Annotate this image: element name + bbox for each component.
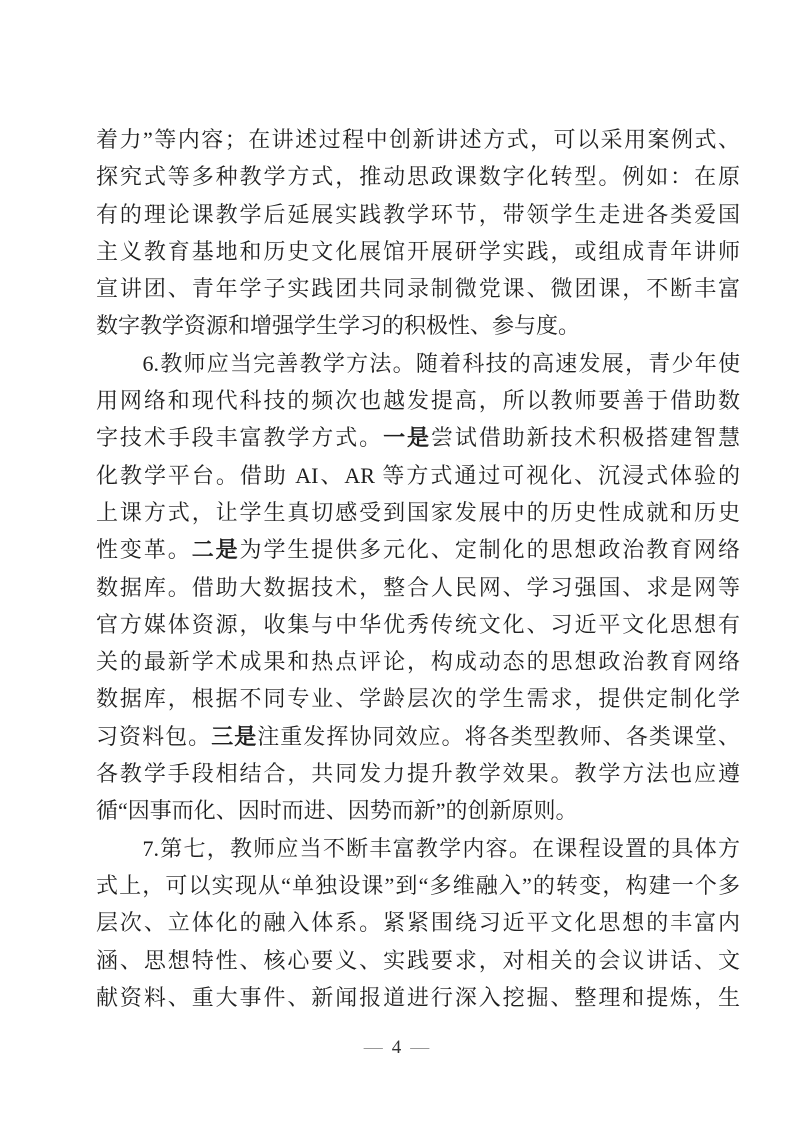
text-line: 6.教师应当完善教学方法。随着科技的高速发展，青少年使 — [96, 345, 740, 382]
text-line: 官方媒体资源，收集与中华优秀传统文化、习近平文化思想有 — [96, 606, 740, 643]
text-segment: 数字教学资源和增强学生学习的积极性、参与度。 — [96, 313, 580, 338]
text-segment: 性变革。 — [96, 537, 192, 562]
footer-dash-right: — — [410, 1037, 429, 1058]
bold-text-segment: 一是 — [383, 425, 431, 450]
text-line: 层次、立体化的融入体系。紧紧围绕习近平文化思想的丰富内 — [96, 904, 740, 941]
text-line: 献资料、重大事件、新闻报道进行深入挖掘、整理和提炼，生 — [96, 979, 740, 1016]
text-line: 关的最新学术成果和热点评论，构成动态的思想政治教育网络 — [96, 643, 740, 680]
text-segment: 6.教师应当完善教学方法。随着科技的高速发展，青少年使 — [96, 351, 740, 376]
text-line: 宣讲团、青年学子实践团共同录制微党课、微团课，不断丰富 — [96, 270, 740, 307]
text-line: 有的理论课教学后延展实践教学环节，带领学生走进各类爱国 — [96, 196, 740, 233]
text-line: 性变革。二是为学生提供多元化、定制化的思想政治教育网络 — [96, 531, 740, 568]
text-segment: 7.第七，教师应当不断丰富教学内容。在课程设置的具体方 — [96, 836, 740, 861]
text-line: 数据库。借助大数据技术，整合人民网、学习强国、求是网等 — [96, 569, 740, 606]
page-number: 4 — [392, 1037, 402, 1058]
text-segment: 有的理论课教学后延展实践教学环节，带领学生走进各类爱国 — [96, 202, 740, 227]
text-segment: 各教学手段相结合，共同发力提升教学效果。教学方法也应遵 — [96, 761, 740, 786]
text-line: 探究式等多种教学方式，推动思政课数字化转型。例如：在原 — [96, 158, 740, 195]
text-line: 字技术手段丰富教学方式。一是尝试借助新技术积极搭建智慧 — [96, 419, 740, 456]
text-segment: 循“因事而化、因时而进、因势而新”的创新原则。 — [96, 798, 578, 823]
text-line: 涵、思想特性、核心要义、实践要求，对相关的会议讲话、文 — [96, 942, 740, 979]
text-line: 循“因事而化、因时而进、因势而新”的创新原则。 — [96, 792, 740, 829]
bold-text-segment: 三是 — [211, 724, 257, 749]
text-line: 数字教学资源和增强学生学习的积极性、参与度。 — [96, 307, 740, 344]
text-line: 习资料包。三是注重发挥协同效应。将各类型教师、各类课堂、 — [96, 718, 740, 755]
text-segment: 上课方式，让学生真切感受到国家发展中的历史性成就和历史 — [96, 500, 740, 525]
text-line: 式上，可以实现从“单独设课”到“多维融入”的转变，构建一个多 — [96, 867, 740, 904]
text-segment: 习资料包。 — [96, 724, 211, 749]
text-segment: 注重发挥协同效应。将各类型教师、各类课堂、 — [257, 724, 740, 749]
text-segment: 尝试借助新技术积极搭建智慧 — [431, 425, 740, 450]
text-segment: 主义教育基地和历史文化展馆开展研学实践，或组成青年讲师 — [96, 239, 740, 264]
text-line: 各教学手段相结合，共同发力提升教学效果。教学方法也应遵 — [96, 755, 740, 792]
text-segment: 探究式等多种教学方式，推动思政课数字化转型。例如：在原 — [96, 164, 740, 189]
text-line: 上课方式，让学生真切感受到国家发展中的历史性成就和历史 — [96, 494, 740, 531]
document-page: 着力”等内容；在讲述过程中创新讲述方式，可以采用案例式、探究式等多种教学方式，推… — [0, 0, 793, 1122]
text-line: 主义教育基地和历史文化展馆开展研学实践，或组成青年讲师 — [96, 233, 740, 270]
text-segment: 关的最新学术成果和热点评论，构成动态的思想政治教育网络 — [96, 649, 740, 674]
text-segment: 化教学平台。借助 AI、AR 等方式通过可视化、沉浸式体验的 — [96, 463, 740, 488]
text-segment: 层次、立体化的融入体系。紧紧围绕习近平文化思想的丰富内 — [96, 910, 740, 935]
footer-dash-left: — — [364, 1037, 383, 1058]
text-line: 7.第七，教师应当不断丰富教学内容。在课程设置的具体方 — [96, 830, 740, 867]
text-segment: 式上，可以实现从“单独设课”到“多维融入”的转变，构建一个多 — [96, 873, 740, 898]
bold-text-segment: 二是 — [192, 537, 240, 562]
text-segment: 宣讲团、青年学子实践团共同录制微党课、微团课，不断丰富 — [96, 276, 740, 301]
text-line: 着力”等内容；在讲述过程中创新讲述方式，可以采用案例式、 — [96, 121, 740, 158]
text-segment: 涵、思想特性、核心要义、实践要求，对相关的会议讲话、文 — [96, 948, 740, 973]
text-segment: 数据库，根据不同专业、学龄层次的学生需求，提供定制化学 — [96, 686, 740, 711]
text-segment: 着力”等内容；在讲述过程中创新讲述方式，可以采用案例式、 — [96, 127, 740, 152]
text-segment: 用网络和现代科技的频次也越发提高，所以教师要善于借助数 — [96, 388, 740, 413]
text-line: 用网络和现代科技的频次也越发提高，所以教师要善于借助数 — [96, 382, 740, 419]
text-segment: 献资料、重大事件、新闻报道进行深入挖掘、整理和提炼，生 — [96, 985, 740, 1010]
text-segment: 字技术手段丰富教学方式。 — [96, 425, 383, 450]
text-line: 数据库，根据不同专业、学龄层次的学生需求，提供定制化学 — [96, 680, 740, 717]
text-line: 化教学平台。借助 AI、AR 等方式通过可视化、沉浸式体验的 — [96, 457, 740, 494]
text-segment: 官方媒体资源，收集与中华优秀传统文化、习近平文化思想有 — [96, 612, 740, 637]
text-segment: 数据库。借助大数据技术，整合人民网、学习强国、求是网等 — [96, 575, 740, 600]
page-footer: —4— — [0, 1036, 793, 1060]
text-segment: 为学生提供多元化、定制化的思想政治教育网络 — [240, 537, 740, 562]
page-body-text: 着力”等内容；在讲述过程中创新讲述方式，可以采用案例式、探究式等多种教学方式，推… — [96, 121, 740, 1016]
